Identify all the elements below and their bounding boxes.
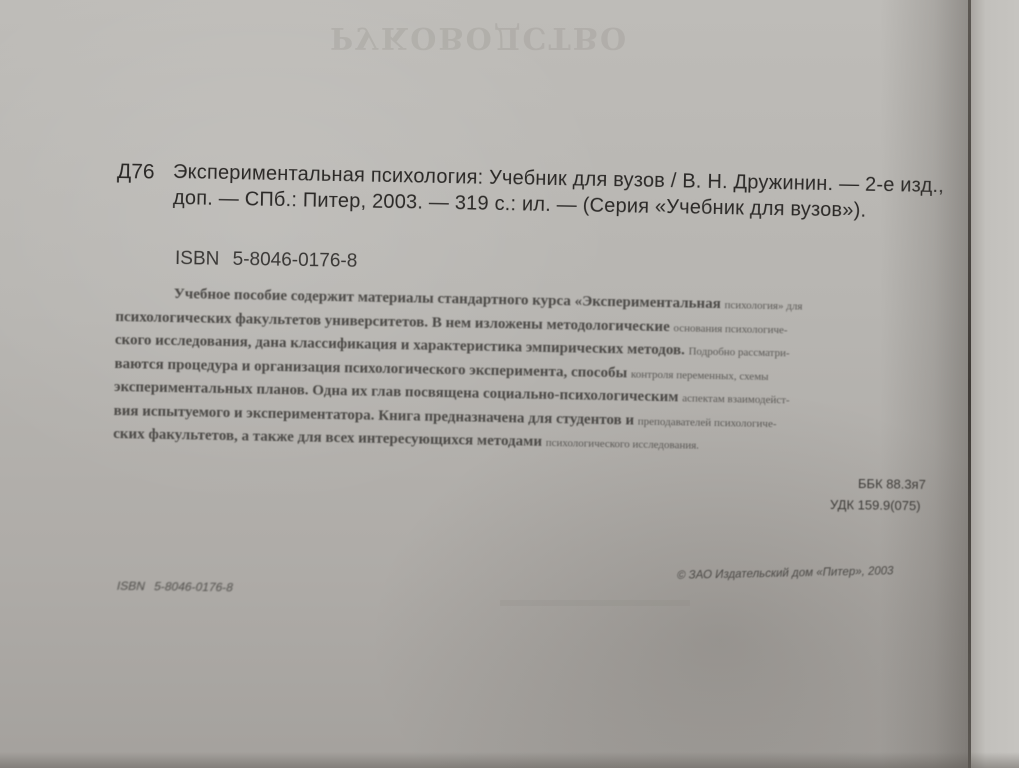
bleed-through-mark — [500, 600, 690, 646]
copyright-notice: © ЗАО Издательский дом «Питер», 2003 — [676, 565, 894, 582]
annotation-tail-text: психологического исследования. — [546, 437, 700, 452]
page-shadow — [880, 0, 970, 768]
annotation-tail-text: аспектам взаимодейст- — [682, 392, 790, 406]
annotation-tail-text: основания психологиче- — [673, 322, 787, 336]
annotation-text: ских факультетов, а также для всех интер… — [113, 426, 546, 450]
bleed-through-text: РУКОВОДСТВО — [330, 20, 628, 55]
annotation-paragraph: Учебное пособие содержит материалы станд… — [113, 282, 956, 462]
annotation-tail-text: преподавателей психологиче- — [638, 415, 777, 430]
bottom-shadow — [0, 752, 1019, 768]
catalog-code: Д76 — [117, 160, 155, 185]
annotation-tail-text: контроля переменных, схемы — [631, 368, 769, 383]
book-page-photo: РУКОВОДСТВО Д76 Экспериментальная психол… — [0, 0, 1019, 768]
annotation-tail-text: психология» для — [724, 299, 802, 312]
isbn-main: ISBN 5-8046-0176-8 — [175, 248, 358, 273]
annotation-tail-text: Подробно рассматри- — [688, 346, 789, 360]
isbn-footer: ISBN 5-8046-0176-8 — [115, 579, 234, 595]
underlying-page — [971, 0, 1019, 768]
